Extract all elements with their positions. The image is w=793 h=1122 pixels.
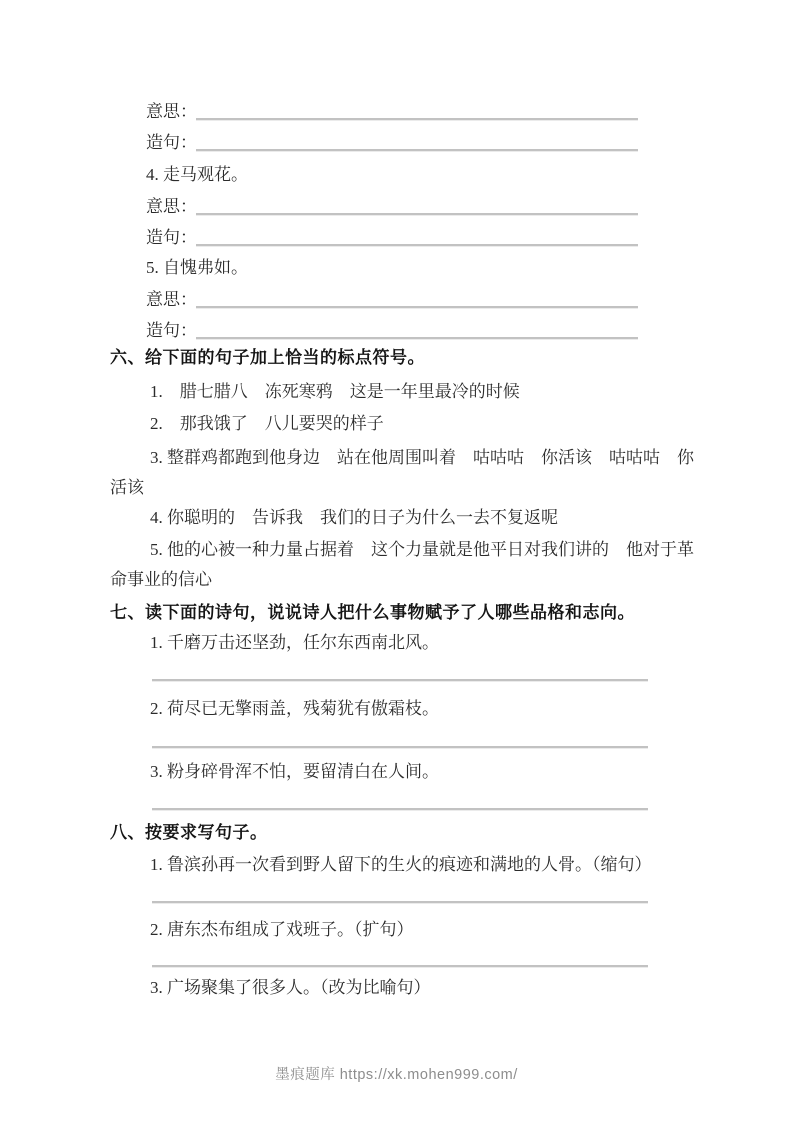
- answer-line: [152, 746, 648, 749]
- section-six-item-2: 2. 那我饿了 八儿要哭的样子: [150, 413, 384, 435]
- meaning-label: 意思：: [146, 289, 197, 311]
- section-six-item-3-line-1: 3. 整群鸡都跑到他身边 站在他周围叫着 咕咕咕 你活该 咕咕咕 你: [150, 447, 694, 469]
- section-six-item-4: 4. 你聪明的 告诉我 我们的日子为什么一去不复返呢: [150, 507, 558, 529]
- section-six-item-5-line-1: 5. 他的心被一种力量占据着 这个力量就是他平日对我们讲的 他对于革: [150, 539, 694, 561]
- sentence-blank-line: [196, 337, 638, 340]
- sentence-blank-line: [196, 244, 638, 247]
- idiom-item-5: 5. 自愧弗如。: [146, 257, 248, 279]
- section-seven-item-2: 2. 荷尽已无擎雨盖，残菊犹有傲霜枝。: [150, 698, 439, 720]
- sentence-label: 造句：: [146, 227, 197, 249]
- section-six-item-5-line-2: 命事业的信心: [110, 569, 212, 591]
- section-seven-item-1: 1. 千磨万击还坚劲，任尔东西南北风。: [150, 632, 439, 654]
- answer-line: [152, 679, 648, 682]
- section-eight-item-2: 2. 唐东杰布组成了戏班子。（扩句）: [150, 919, 414, 941]
- section-six-item-3-line-2: 活该: [110, 477, 144, 499]
- sentence-blank-line: [196, 149, 638, 152]
- meaning-blank-line: [196, 306, 638, 309]
- meaning-label: 意思：: [146, 196, 197, 218]
- answer-line: [152, 965, 648, 968]
- section-eight-item-1: 1. 鲁滨孙再一次看到野人留下的生火的痕迹和满地的人骨。（缩句）: [150, 854, 652, 876]
- sentence-label: 造句：: [146, 320, 197, 342]
- meaning-blank-line: [196, 118, 638, 121]
- section-eight-heading: 八、按要求写句子。: [110, 822, 268, 844]
- idiom-item-4: 4. 走马观花。: [146, 164, 248, 186]
- section-six-item-1: 1. 腊七腊八 冻死寒鸦 这是一年里最冷的时候: [150, 381, 520, 403]
- footer-watermark-link[interactable]: 墨痕题库 https://xk.mohen999.com/: [0, 1064, 793, 1086]
- meaning-blank-line: [196, 213, 638, 216]
- sentence-label: 造句：: [146, 132, 197, 154]
- answer-line: [152, 808, 648, 811]
- meaning-label: 意思：: [146, 101, 197, 123]
- section-seven-heading: 七、读下面的诗句，说说诗人把什么事物赋予了人哪些品格和志向。: [110, 602, 635, 624]
- section-eight-item-3: 3. 广场聚集了很多人。（改为比喻句）: [150, 977, 431, 999]
- section-seven-item-3: 3. 粉身碎骨浑不怕，要留清白在人间。: [150, 761, 439, 783]
- section-six-heading: 六、给下面的句子加上恰当的标点符号。: [110, 347, 425, 369]
- worksheet-page: 意思： 造句： 4. 走马观花。 意思： 造句： 5. 自愧弗如。 意思： 造句…: [0, 0, 793, 1122]
- answer-line: [152, 901, 648, 904]
